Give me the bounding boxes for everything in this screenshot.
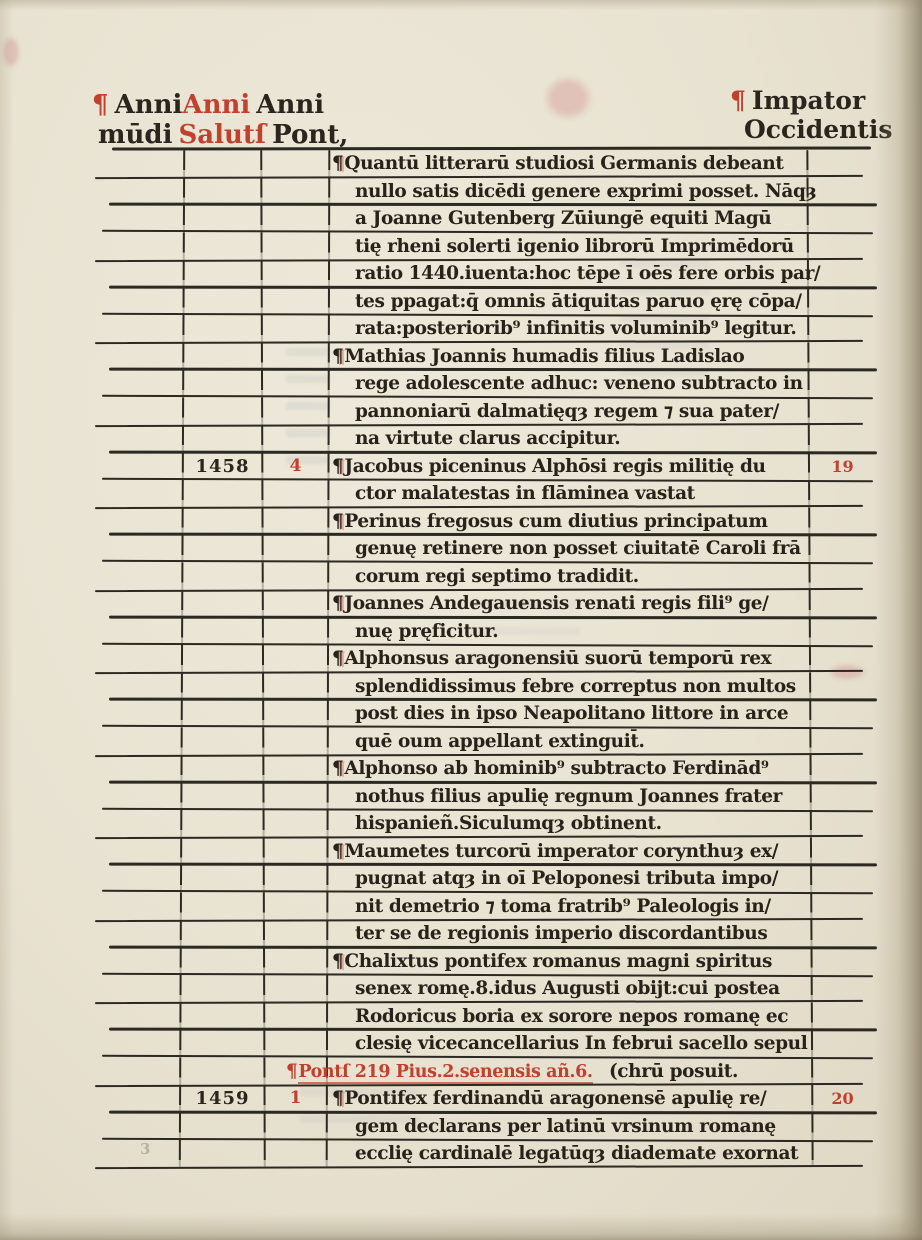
page-edge-shadow-top <box>0 0 922 10</box>
table-row: clesię vicecancellarius In februi sacell… <box>100 1030 875 1058</box>
header-anni-2: Anni <box>182 90 250 120</box>
entry-text: quē oum appellant extinguit̄. <box>355 731 645 752</box>
table-row: ¶Mathias Joannis humadis filius Ladislao <box>100 343 875 371</box>
cell-anni-salutis <box>182 425 263 453</box>
cell-imperator-year <box>810 1113 875 1141</box>
cell-anni-salutis <box>182 260 263 288</box>
cell-entry-text: a Joanne Gutenberg Zūiungē equiti Magū <box>328 205 810 233</box>
cell-anni-salutis <box>182 315 263 343</box>
cell-anni-mundi <box>100 535 182 563</box>
entry-text: Maumetes turcorū imperator corynthuȝ ex/ <box>344 841 778 862</box>
column-header-imperator: ¶ Impator Occidentis <box>730 86 892 144</box>
cell-imperator-year <box>810 783 875 811</box>
page-edge-shadow-bottom <box>0 1214 922 1240</box>
cell-anni-mundi <box>100 810 182 838</box>
cell-anni-pontificis <box>263 480 328 508</box>
cell-entry-text: senex romę.8.idus Augusti obijt:cui post… <box>328 975 810 1003</box>
cell-entry-text: ter se de regionis imperio discordantibu… <box>328 920 810 948</box>
entry-text: Alphonsus aragonensiū suorū temporū rex <box>344 648 771 669</box>
cell-imperator-year <box>810 563 875 591</box>
cell-anni-mundi <box>100 453 182 481</box>
cell-anni-pontificis <box>263 783 328 811</box>
table-row: ¶Chalixtus pontifex romanus magni spirit… <box>100 948 875 976</box>
cell-anni-pontificis <box>263 893 328 921</box>
entry-text: Mathias Joannis humadis filius Ladislao <box>344 346 744 367</box>
entry-text: Jacobus piceninus Alphōsi regis militię … <box>344 456 765 477</box>
cell-entry-text: ¶Joannes Andegauensis renati regis fili⁹… <box>328 590 810 618</box>
cell-anni-pontificis <box>263 673 328 701</box>
cell-anni-pontificis <box>263 370 328 398</box>
cell-imperator-year <box>810 893 875 921</box>
table-row: na virtute clarus accipitur. <box>100 425 875 453</box>
table-row: quē oum appellant extinguit̄. <box>100 728 875 756</box>
entry-text-catchword: (chrū posuit. <box>609 1058 738 1086</box>
table-row: splendidissimus febre correptus non mult… <box>100 673 875 701</box>
cell-imperator-year: 20 <box>810 1085 875 1113</box>
entry-text: Quantū litterarū studiosi Germanis debea… <box>344 153 783 174</box>
entry-text: tię rheni solerti igenio librorū Imprimē… <box>355 236 794 257</box>
cell-anni-salutis <box>182 865 263 893</box>
cell-anni-pontificis <box>263 590 328 618</box>
cell-anni-pontificis <box>263 233 328 261</box>
cell-anni-pontificis <box>263 508 328 536</box>
cell-anni-salutis <box>182 920 263 948</box>
header-anni-1: Anni <box>115 90 183 120</box>
cell-entry-text: ecclię cardinalē legatūqȝ diademate exor… <box>328 1140 810 1168</box>
cell-anni-pontificis <box>263 535 328 563</box>
cell-entry-text: rege adolescente adhuc: veneno subtracto… <box>328 370 810 398</box>
table-row: ratio 1440.iuenta:hoc tēpe ī oēs fere or… <box>100 260 875 288</box>
table-row: nuę pręficitur. <box>100 618 875 646</box>
cell-anni-mundi <box>100 838 182 866</box>
entry-text: nothus filius apulię regnum Joannes frat… <box>355 786 782 807</box>
entry-text: Perinus fregosus cum diutius principatum <box>344 511 767 532</box>
cell-entry-text: quē oum appellant extinguit̄. <box>328 728 810 756</box>
cell-anni-salutis <box>182 535 263 563</box>
entry-text: corum regi septimo tradidit. <box>355 566 639 587</box>
cell-anni-pontificis <box>263 150 328 178</box>
cell-anni-mundi <box>100 645 182 673</box>
entry-text: Pontſ 219 Pius.2.senensis añ.6. <box>298 1062 592 1084</box>
cell-anni-pontificis <box>263 618 328 646</box>
cell-anni-pontificis <box>263 1140 328 1168</box>
cell-anni-pontificis <box>263 205 328 233</box>
table-row: ecclię cardinalē legatūqȝ diademate exor… <box>100 1140 875 1168</box>
cell-anni-mundi <box>100 1058 182 1087</box>
cell-anni-salutis <box>182 783 263 811</box>
cell-imperator-year <box>810 920 875 948</box>
cell-anni-pontificis <box>263 755 328 783</box>
cell-anni-salutis: 1458 <box>182 453 263 481</box>
column-headers-left: ¶ Anni Anni Anni mūdi Salutſ Pont, <box>92 90 348 150</box>
cell-imperator-year <box>810 865 875 893</box>
cell-anni-salutis <box>182 948 263 976</box>
cell-imperator-year <box>810 178 875 206</box>
cell-anni-salutis <box>182 700 263 728</box>
table-row: pannoniarū dalmatięqȝ regem ⁊ sua pater/ <box>100 398 875 426</box>
table-row: genuę retinere non posset ciuitatē Carol… <box>100 535 875 563</box>
cell-imperator-year <box>810 810 875 838</box>
cell-entry-text: genuę retinere non posset ciuitatē Carol… <box>328 535 810 563</box>
cell-entry-text: ¶Pontſ 219 Pius.2.senensis añ.6.(chrū po… <box>282 1058 810 1087</box>
cell-anni-pontificis <box>263 865 328 893</box>
entry-text: Chalixtus pontifex romanus magni spiritu… <box>344 951 772 972</box>
cell-anni-mundi <box>100 700 182 728</box>
cell-imperator-year <box>810 728 875 756</box>
header-anni-row: ¶ Anni Anni Anni <box>92 90 348 120</box>
cell-imperator-year <box>810 590 875 618</box>
cell-anni-mundi <box>100 783 182 811</box>
table-row: nit demetrio ⁊ toma fratrib⁹ Paleologis … <box>100 893 875 921</box>
cell-entry-text: post dies in ipso Neapolitano littore in… <box>328 700 810 728</box>
cell-anni-pontificis <box>263 315 328 343</box>
cell-anni-mundi <box>100 865 182 893</box>
cell-imperator-year <box>810 150 875 178</box>
cell-anni-salutis <box>182 975 263 1003</box>
page-edge-shadow-left <box>0 0 14 1240</box>
cell-anni-mundi <box>100 315 182 343</box>
cell-anni-mundi <box>100 590 182 618</box>
cell-anni-pontificis <box>263 343 328 371</box>
cell-anni-salutis <box>182 150 263 178</box>
cell-anni-salutis <box>182 1003 263 1031</box>
pilcrow-icon: ¶ <box>332 1088 343 1109</box>
header-anni-3: Anni <box>256 90 324 120</box>
cell-entry-text: na virtute clarus accipitur. <box>328 425 810 453</box>
cell-anni-salutis <box>182 563 263 591</box>
cell-anni-mundi <box>100 370 182 398</box>
cell-anni-salutis <box>182 728 263 756</box>
table-row: ¶Alphonso ab hominib⁹ subtracto Ferdinād… <box>100 755 875 783</box>
cell-anni-salutis <box>182 480 263 508</box>
entry-text: Rodoricus boria ex sorore nepos romanę e… <box>355 1006 788 1027</box>
table-row: ctor malatestas in flāminea vastat <box>100 480 875 508</box>
cell-anni-mundi <box>100 178 182 206</box>
table-row: tię rheni solerti igenio librorū Imprimē… <box>100 233 875 261</box>
cell-imperator-year: 19 <box>810 453 875 481</box>
cell-imperator-year <box>810 1030 875 1058</box>
cell-anni-mundi <box>100 343 182 371</box>
entry-text: nullo satis dicēdi genere exprimi posset… <box>355 181 816 202</box>
cell-anni-salutis <box>182 838 263 866</box>
chronicle-table: ¶Quantū litterarū studiosi Germanis debe… <box>100 150 875 1168</box>
pilcrow-icon: ¶ <box>92 90 109 120</box>
pilcrow-icon: ¶ <box>332 648 343 669</box>
cell-anni-pontificis: 4 <box>263 453 328 481</box>
cell-entry-text: corum regi septimo tradidit. <box>328 563 810 591</box>
pilcrow-icon: ¶ <box>332 456 343 477</box>
entry-text: nuę pręficitur. <box>355 621 498 642</box>
entry-text: nit demetrio ⁊ toma fratrib⁹ Paleologis … <box>355 896 771 917</box>
table-row: ter se de regionis imperio discordantibu… <box>100 920 875 948</box>
cell-imperator-year <box>810 343 875 371</box>
cell-entry-text: ¶Alphonsus aragonensiū suorū temporū rex <box>328 645 810 673</box>
cell-imperator-year <box>810 315 875 343</box>
cell-entry-text: nothus filius apulię regnum Joannes frat… <box>328 783 810 811</box>
cell-anni-mundi <box>100 1030 182 1058</box>
table-row: hispanieñ.Siculumqȝ obtinent. <box>100 810 875 838</box>
table-row: ¶Pontſ 219 Pius.2.senensis añ.6.(chrū po… <box>100 1058 875 1086</box>
table-row: pugnat atqȝ in oī Peloponesi tributa imp… <box>100 865 875 893</box>
cell-anni-mundi <box>100 673 182 701</box>
table-row: gem declarans per latinū vrsinum romanę <box>100 1113 875 1141</box>
cell-anni-salutis <box>182 233 263 261</box>
table-row: nullo satis dicēdi genere exprimi posset… <box>100 178 875 206</box>
cell-entry-text: splendidissimus febre correptus non mult… <box>328 673 810 701</box>
table-row: nothus filius apulię regnum Joannes frat… <box>100 783 875 811</box>
cell-anni-mundi <box>100 1003 182 1031</box>
table-row: ¶Joannes Andegauensis renati regis fili⁹… <box>100 590 875 618</box>
cell-anni-mundi <box>100 205 182 233</box>
entry-text: Alphonso ab hominib⁹ subtracto Ferdinād⁹ <box>344 758 768 779</box>
cell-anni-salutis <box>182 673 263 701</box>
cell-anni-salutis <box>182 1030 263 1058</box>
pilcrow-icon: ¶ <box>332 841 343 862</box>
pilcrow-icon: ¶ <box>332 758 343 779</box>
cell-entry-text: rata:posteriorib⁹ infinitis voluminib⁹ l… <box>328 315 810 343</box>
entry-text: ratio 1440.iuenta:hoc tēpe ī oēs fere or… <box>355 263 820 284</box>
cell-anni-pontificis <box>263 948 328 976</box>
cell-imperator-year <box>810 673 875 701</box>
cell-anni-mundi <box>100 425 182 453</box>
page-edge-shadow-right <box>874 0 922 1240</box>
cell-entry-text: ¶Pontifex ferdinandū aragonensē apulię r… <box>328 1085 810 1113</box>
cell-anni-mundi <box>100 618 182 646</box>
cell-entry-text: ¶Mathias Joannis humadis filius Ladislao <box>328 343 810 371</box>
cell-entry-text: ¶Chalixtus pontifex romanus magni spirit… <box>328 948 810 976</box>
book-page: ¶ Anni Anni Anni mūdi Salutſ Pont, ¶ Imp… <box>0 0 922 1240</box>
cell-entry-text: hispanieñ.Siculumqȝ obtinent. <box>328 810 810 838</box>
entry-text: a Joanne Gutenberg Zūiungē equiti Magū <box>355 208 771 229</box>
cell-imperator-year <box>810 535 875 563</box>
cell-imperator-year <box>810 480 875 508</box>
cell-anni-salutis <box>182 178 263 206</box>
cell-anni-pontificis <box>263 975 328 1003</box>
bleed-through-artifact <box>544 76 592 120</box>
entry-text: ter se de regionis imperio discordantibu… <box>355 923 767 944</box>
cell-anni-mundi <box>100 288 182 316</box>
table-row: a Joanne Gutenberg Zūiungē equiti Magū <box>100 205 875 233</box>
cell-entry-text: ratio 1440.iuenta:hoc tēpe ī oēs fere or… <box>328 260 810 288</box>
pilcrow-icon: ¶ <box>332 593 343 614</box>
cell-imperator-year <box>810 233 875 261</box>
cell-entry-text: nuę pręficitur. <box>328 618 810 646</box>
cell-entry-text: ¶Perinus fregosus cum diutius principatu… <box>328 508 810 536</box>
cell-entry-text: tię rheni solerti igenio librorū Imprimē… <box>328 233 810 261</box>
pilcrow-icon: ¶ <box>730 86 746 115</box>
table-row: ¶Quantū litterarū studiosi Germanis debe… <box>100 150 875 178</box>
table-row: ¶Maumetes turcorū imperator corynthuȝ ex… <box>100 838 875 866</box>
cell-anni-salutis <box>182 1113 263 1141</box>
table-rows: ¶Quantū litterarū studiosi Germanis debe… <box>100 150 875 1168</box>
cell-imperator-year <box>810 1140 875 1168</box>
cell-anni-salutis: 1459 <box>182 1085 263 1113</box>
cell-entry-text: tes ppagat:q̄ omnis ātiquitas paruo ęrę … <box>328 288 810 316</box>
cell-entry-text: ctor malatestas in flāminea vastat <box>328 480 810 508</box>
cell-anni-salutis <box>182 1058 263 1087</box>
cell-imperator-year <box>810 838 875 866</box>
cell-anni-salutis <box>182 370 263 398</box>
cell-entry-text: ¶Quantū litterarū studiosi Germanis debe… <box>328 150 810 178</box>
cell-anni-mundi <box>100 893 182 921</box>
entry-text: pugnat atqȝ in oī Peloponesi tributa imp… <box>355 868 778 889</box>
cell-anni-pontificis <box>263 288 328 316</box>
cell-anni-mundi <box>100 233 182 261</box>
table-row: ¶Alphonsus aragonensiū suorū temporū rex <box>100 645 875 673</box>
cell-imperator-year <box>810 618 875 646</box>
header-pontificis: Pont, <box>272 120 348 150</box>
entry-text: clesię vicecancellarius In februi sacell… <box>355 1033 807 1054</box>
cell-anni-pontificis <box>263 1113 328 1141</box>
header-salutis: Salutſ <box>178 120 266 150</box>
cell-anni-pontificis <box>263 1003 328 1031</box>
table-row: rege adolescente adhuc: veneno subtracto… <box>100 370 875 398</box>
cell-anni-pontificis <box>263 178 328 206</box>
cell-anni-mundi <box>100 480 182 508</box>
pilcrow-icon: ¶ <box>332 511 343 532</box>
header-imperator-subtitle: Occidentis <box>744 115 892 144</box>
header-mundi: mūdi <box>98 120 172 150</box>
cell-anni-mundi <box>100 1113 182 1141</box>
cell-entry-text: pugnat atqȝ in oī Peloponesi tributa imp… <box>328 865 810 893</box>
cell-entry-text: Rodoricus boria ex sorore nepos romanę e… <box>328 1003 810 1031</box>
entry-text: pannoniarū dalmatięqȝ regem ⁊ sua pater/ <box>355 401 779 422</box>
cell-anni-mundi <box>100 920 182 948</box>
cell-anni-mundi <box>100 563 182 591</box>
cell-imperator-year <box>810 948 875 976</box>
cell-anni-mundi <box>100 260 182 288</box>
cell-anni-mundi <box>100 975 182 1003</box>
pilcrow-icon: ¶ <box>332 951 343 972</box>
cell-anni-pontificis: 1 <box>263 1085 328 1113</box>
cell-anni-salutis <box>182 893 263 921</box>
cell-anni-salutis <box>182 508 263 536</box>
entry-text: na virtute clarus accipitur. <box>355 428 620 449</box>
cell-anni-salutis <box>182 755 263 783</box>
cell-entry-text: ¶Jacobus piceninus Alphōsi regis militię… <box>328 453 810 481</box>
cell-anni-salutis <box>182 205 263 233</box>
cell-anni-mundi <box>100 755 182 783</box>
cell-entry-text: nullo satis dicēdi genere exprimi posset… <box>328 178 810 206</box>
quire-mark: 3 <box>140 1140 150 1158</box>
cell-anni-salutis <box>182 398 263 426</box>
pilcrow-icon: ¶ <box>286 1061 297 1082</box>
cell-entry-text: nit demetrio ⁊ toma fratrib⁹ Paleologis … <box>328 893 810 921</box>
table-row: corum regi septimo tradidit. <box>100 563 875 591</box>
entry-text: splendidissimus febre correptus non mult… <box>355 676 796 697</box>
cell-imperator-year <box>810 425 875 453</box>
cell-entry-text: ¶Alphonso ab hominib⁹ subtracto Ferdinād… <box>328 755 810 783</box>
cell-anni-pontificis <box>263 398 328 426</box>
cell-anni-pontificis <box>263 700 328 728</box>
pilcrow-icon: ¶ <box>332 153 343 174</box>
cell-entry-text: ¶Maumetes turcorū imperator corynthuȝ ex… <box>328 838 810 866</box>
table-row: senex romę.8.idus Augusti obijt:cui post… <box>100 975 875 1003</box>
cell-anni-mundi <box>100 728 182 756</box>
bleed-through-artifact <box>2 36 20 68</box>
header-imperator-title: Impator <box>752 86 865 115</box>
header-sub-row: mūdi Salutſ Pont, <box>98 120 348 150</box>
cell-imperator-year <box>810 370 875 398</box>
entry-text: tes ppagat:q̄ omnis ātiquitas paruo ęrę … <box>355 291 802 312</box>
cell-anni-pontificis <box>263 810 328 838</box>
table-row: ¶Perinus fregosus cum diutius principatu… <box>100 508 875 536</box>
table-row: tes ppagat:q̄ omnis ātiquitas paruo ęrę … <box>100 288 875 316</box>
cell-imperator-year <box>810 288 875 316</box>
cell-anni-mundi <box>100 398 182 426</box>
table-row: 1459 1 ¶Pontifex ferdinandū aragonensē a… <box>100 1085 875 1113</box>
cell-anni-pontificis <box>263 728 328 756</box>
cell-imperator-year <box>810 975 875 1003</box>
cell-anni-salutis <box>182 343 263 371</box>
entry-text: genuę retinere non posset ciuitatē Carol… <box>355 538 801 559</box>
cell-entry-text: gem declarans per latinū vrsinum romanę <box>328 1113 810 1141</box>
table-row: rata:posteriorib⁹ infinitis voluminib⁹ l… <box>100 315 875 343</box>
cell-anni-mundi <box>100 1085 182 1113</box>
entry-text: ecclię cardinalē legatūqȝ diademate exor… <box>355 1143 798 1164</box>
entry-text: Joannes Andegauensis renati regis fili⁹ … <box>344 593 768 614</box>
entry-text: hispanieñ.Siculumqȝ obtinent. <box>355 813 662 834</box>
entry-text: gem declarans per latinū vrsinum romanę <box>355 1116 776 1137</box>
cell-anni-salutis <box>182 618 263 646</box>
table-row: 1458 4 ¶Jacobus piceninus Alphōsi regis … <box>100 453 875 481</box>
cell-anni-pontificis <box>263 838 328 866</box>
cell-imperator-year <box>810 700 875 728</box>
cell-anni-pontificis <box>263 920 328 948</box>
cell-anni-pontificis <box>263 425 328 453</box>
entry-text: rege adolescente adhuc: veneno subtracto… <box>355 373 803 394</box>
cell-anni-pontificis <box>263 1030 328 1058</box>
entry-text: post dies in ipso Neapolitano littore in… <box>355 703 788 724</box>
cell-imperator-year <box>810 1003 875 1031</box>
entry-text: ctor malatestas in flāminea vastat <box>355 483 695 504</box>
cell-anni-salutis <box>182 590 263 618</box>
entry-text: rata:posteriorib⁹ infinitis voluminib⁹ l… <box>355 318 796 339</box>
cell-imperator-year <box>810 398 875 426</box>
cell-imperator-year <box>810 1058 875 1087</box>
cell-imperator-year <box>810 755 875 783</box>
cell-anni-pontificis <box>263 260 328 288</box>
cell-anni-salutis <box>182 288 263 316</box>
cell-anni-salutis <box>182 1140 263 1168</box>
cell-anni-mundi <box>100 948 182 976</box>
pilcrow-icon: ¶ <box>332 346 343 367</box>
cell-anni-mundi <box>100 150 182 178</box>
table-row: post dies in ipso Neapolitano littore in… <box>100 700 875 728</box>
table-row: Rodoricus boria ex sorore nepos romanę e… <box>100 1003 875 1031</box>
entry-text: Pontifex ferdinandū aragonensē apulię re… <box>344 1088 766 1109</box>
cell-anni-salutis <box>182 645 263 673</box>
cell-imperator-year <box>810 645 875 673</box>
cell-imperator-year <box>810 205 875 233</box>
cell-anni-salutis <box>182 810 263 838</box>
entry-text: senex romę.8.idus Augusti obijt:cui post… <box>355 978 780 999</box>
cell-anni-mundi <box>100 508 182 536</box>
cell-entry-text: clesię vicecancellarius In februi sacell… <box>328 1030 810 1058</box>
cell-imperator-year <box>810 508 875 536</box>
cell-anni-pontificis <box>263 563 328 591</box>
cell-anni-pontificis <box>263 645 328 673</box>
cell-entry-text: pannoniarū dalmatięqȝ regem ⁊ sua pater/ <box>328 398 810 426</box>
